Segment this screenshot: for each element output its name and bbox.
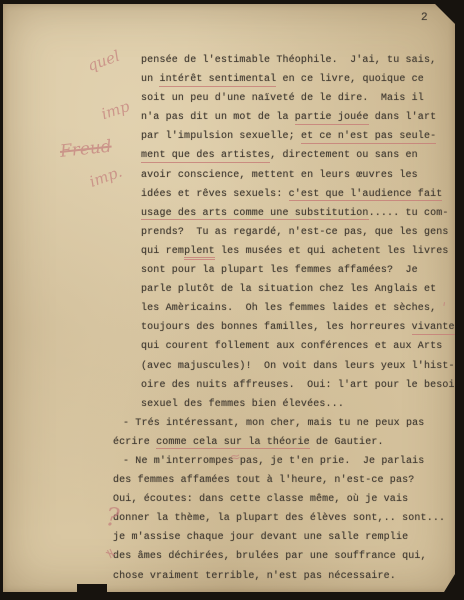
- red-double-underlined-phrase: plent: [184, 246, 215, 261]
- red-underlined-phrase: intérêt sentimental: [159, 74, 276, 87]
- typed-line: parle plutôt de la situation chez les An…: [113, 280, 463, 299]
- typed-line: soit un peu d'une naïveté de le dire. Ma…: [113, 89, 463, 108]
- typed-line: des âmes déchirées, brulées par une souf…: [113, 547, 463, 566]
- red-underlined-phrase: ment que des artistes: [141, 150, 270, 163]
- typed-line: toujours des bonnes familles, les horreu…: [113, 318, 463, 337]
- typed-text: (avec majuscules)! On voit dans leurs ye…: [141, 361, 455, 372]
- typed-text: des femmes affamées tout à l'heure, n'es…: [113, 475, 414, 486]
- typed-text-block: pensée de l'estimable Théophile. J'ai, t…: [113, 51, 463, 586]
- typed-text: prends? Tu as regardé, n'est-ce pas, que…: [141, 227, 449, 238]
- margin-question-mark: ?: [105, 502, 120, 532]
- typed-text: sont pour la plupart les femmes affamées…: [141, 265, 418, 276]
- typed-text: les Amèricains. Oh les femmes laides et …: [141, 303, 436, 314]
- typed-line: des femmes affamées tout à l'heure, n'es…: [113, 471, 463, 490]
- photo-backing: 2 pensée de l'estimable Théophile. J'ai,…: [0, 0, 464, 600]
- typed-text: , directement ou sans en: [270, 150, 418, 161]
- typed-line: par l'impulsion sexuelle; et ce n'est pa…: [113, 127, 463, 146]
- typed-text: sexuel des femmes bien élevées...: [141, 399, 344, 410]
- red-underlined-phrase: usage des arts comme une substitution: [141, 208, 369, 221]
- typed-text: oire des nuits affreuses. Oui: l'art pou…: [141, 380, 461, 391]
- margin-note-freud: Freud: [59, 137, 113, 162]
- typed-line: qui courent follement aux conférences et…: [113, 337, 463, 356]
- typed-text: en ce livre, quoique ce: [276, 74, 424, 85]
- typed-text: un: [141, 74, 159, 85]
- red-underlined-phrase: comme cela sur la théorie: [156, 437, 310, 450]
- typed-line: avoir conscience, mettent en leurs œuvre…: [113, 166, 463, 185]
- typed-line: qui remplent les musées et qui achetent …: [113, 242, 463, 261]
- typed-text: n'a pas dit un mot de la: [141, 112, 295, 123]
- pencil-mark-pas: ≈: [229, 449, 242, 465]
- typed-line: - Trés intéressant, mon cher, mais tu ne…: [113, 414, 463, 433]
- typed-text: qui rem: [141, 246, 184, 257]
- typed-line: écrire comme cela sur la théorie de Gaut…: [113, 433, 463, 452]
- typed-text: - Trés intéressant, mon cher, mais tu ne…: [123, 418, 424, 429]
- red-underlined-phrase: et ce n'est pas seule-: [301, 131, 436, 144]
- typed-text: de Gautier.: [310, 437, 384, 448]
- typed-text: parle plutôt de la situation chez les An…: [141, 284, 436, 295]
- typed-line: donner la thème, la plupart des élèves s…: [113, 509, 463, 528]
- typed-text: je m'assise chaque jour devant une salle…: [113, 532, 408, 543]
- typed-line: sont pour la plupart les femmes affamées…: [113, 261, 463, 280]
- red-underlined-phrase: c'est que l'audience fait: [289, 189, 443, 202]
- red-underlined-phrase: partie jouée: [295, 112, 369, 125]
- typed-line: un intérêt sentimental en ce livre, quoi…: [113, 70, 463, 89]
- typed-line: pensée de l'estimable Théophile. J'ai, t…: [113, 51, 463, 70]
- typed-text: écrire: [113, 437, 156, 448]
- typed-text: idées et rêves sexuels:: [141, 189, 289, 200]
- page-number: 2: [421, 12, 441, 24]
- typed-text: ..... tu com-: [369, 208, 449, 219]
- typed-text: soit un peu d'une naïveté de le dire. Ma…: [141, 93, 424, 104]
- typed-text: avoir conscience, mettent en leurs œuvre…: [141, 170, 418, 181]
- typed-text: chose vraiment terrible, n'est pas néces…: [113, 571, 396, 582]
- typed-text: toujours des bonnes familles, les horreu…: [141, 322, 412, 333]
- typed-line: n'a pas dit un mot de la partie jouée da…: [113, 108, 463, 127]
- typed-text: - Ne m'interrompes pas, je t'en prie. Je…: [123, 456, 424, 467]
- typed-text: les musées et qui achetent les livres: [215, 246, 449, 257]
- typed-line: je m'assise chaque jour devant une salle…: [113, 528, 463, 547]
- typed-text: par l'impulsion sexuelle;: [141, 131, 301, 142]
- red-underlined-phrase: vivantes: [412, 322, 461, 335]
- typed-text: Oui, écoutes: dans cette classe même, où…: [113, 494, 408, 505]
- typed-text: pensée de l'estimable Théophile. J'ai, t…: [141, 55, 436, 66]
- typed-line: usage des arts comme une substitution...…: [113, 204, 463, 223]
- typed-line: chose vraiment terrible, n'est pas néces…: [113, 567, 463, 586]
- typed-text: dans l'art: [369, 112, 437, 123]
- typed-text: donner la thème, la plupart des élèves s…: [113, 513, 445, 524]
- typed-line: (avec majuscules)! On voit dans leurs ye…: [113, 357, 463, 376]
- typed-line: prends? Tu as regardé, n'est-ce pas, que…: [113, 223, 463, 242]
- typed-line: Oui, écoutes: dans cette classe même, où…: [113, 490, 463, 509]
- typed-line: - Ne m'interrompes pas, je t'en prie. Je…: [113, 452, 463, 471]
- typed-line: les Amèricains. Oh les femmes laides et …: [113, 299, 463, 318]
- typescript-page: 2 pensée de l'estimable Théophile. J'ai,…: [3, 4, 455, 592]
- typed-line: oire des nuits affreuses. Oui: l'art pou…: [113, 376, 463, 395]
- typed-text: qui courent follement aux conférences et…: [141, 341, 442, 352]
- typed-text: des âmes déchirées, brulées par une souf…: [113, 551, 427, 562]
- typed-line: idées et rêves sexuels: c'est que l'audi…: [113, 185, 463, 204]
- typed-line: ment que des artistes, directement ou sa…: [113, 146, 463, 165]
- typed-line: sexuel des femmes bien élevées...: [113, 395, 463, 414]
